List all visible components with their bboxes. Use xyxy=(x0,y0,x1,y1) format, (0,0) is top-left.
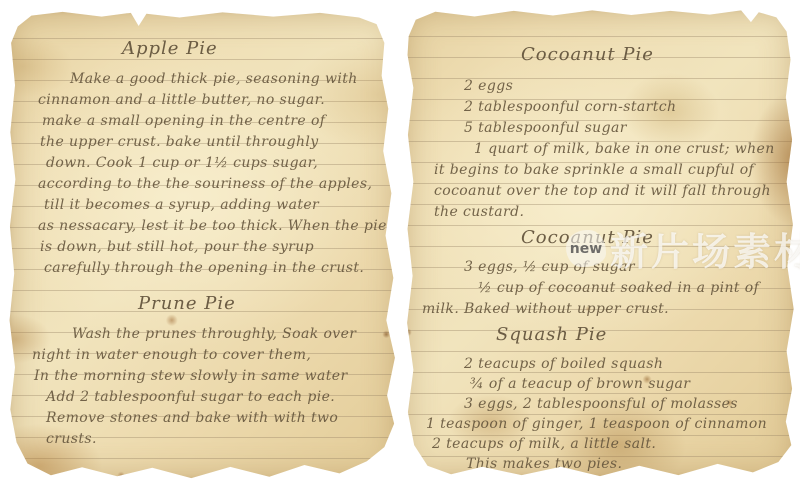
recipe-line: as nessacary, lest it be too thick. When… xyxy=(32,216,382,237)
recipe-line: In the morning stew slowly in same water xyxy=(32,366,382,387)
recipe-title: Cocoanut Pie xyxy=(521,227,782,253)
left-recipe-page: Apple Pie Make a good thick pie, seasoni… xyxy=(8,10,398,480)
recipe-squash-pie: Squash Pie 2 teacups of boiled squash ¾ … xyxy=(422,324,782,474)
recipe-line: Make a good thick pie, seasoning with xyxy=(32,69,382,90)
recipe-line: cinnamon and a little butter, no sugar. xyxy=(32,90,382,111)
recipe-line: 2 tablespoonful corn-startch xyxy=(422,97,782,118)
recipe-title: Prune Pie xyxy=(138,293,382,319)
recipe-cocoanut-pie-2: Cocoanut Pie 3 eggs, ½ cup of sugar ½ cu… xyxy=(422,227,782,320)
recipe-line: Wash the prunes throughly, Soak over xyxy=(32,324,382,345)
recipe-line: the upper crust. bake until throughly xyxy=(32,132,382,153)
recipe-line: 1 teaspoon of ginger, 1 teaspoon of cinn… xyxy=(422,414,782,434)
right-page-content: Cocoanut Pie 2 eggs 2 tablespoonful corn… xyxy=(404,8,796,478)
recipe-title: Apple Pie xyxy=(122,38,382,64)
recipe-line: carefully through the opening in the cru… xyxy=(32,258,382,279)
recipe-line: Add 2 tablespoonful sugar to each pie. xyxy=(32,387,382,408)
recipe-line: crusts. xyxy=(32,429,382,450)
recipe-line: 3 eggs, 2 tablespoonsful of molasses xyxy=(422,394,782,414)
recipe-line: it begins to bake sprinkle a small cupfu… xyxy=(422,160,782,181)
recipe-line: ¾ of a teacup of brown sugar xyxy=(422,374,782,394)
recipe-line: Remove stones and bake with with two xyxy=(32,408,382,429)
recipe-line: 2 eggs xyxy=(422,76,782,97)
recipe-title: Squash Pie xyxy=(496,324,782,350)
recipe-line: 1 quart of milk, bake in one crust; when xyxy=(422,139,782,160)
recipe-line: the custard. xyxy=(422,202,782,223)
recipe-line: cocoanut over the top and it will fall t… xyxy=(422,181,782,202)
right-recipe-page: Cocoanut Pie 2 eggs 2 tablespoonful corn… xyxy=(404,8,796,478)
recipe-line: 5 tablespoonful sugar xyxy=(422,118,782,139)
recipe-title: Cocoanut Pie xyxy=(521,44,782,70)
recipe-line: is down, but still hot, pour the syrup xyxy=(32,237,382,258)
recipe-line: 2 teacups of boiled squash xyxy=(422,354,782,374)
recipe-apple-pie: Apple Pie Make a good thick pie, seasoni… xyxy=(32,38,382,279)
recipe-line: according to the the souriness of the ap… xyxy=(32,174,382,195)
left-page-content: Apple Pie Make a good thick pie, seasoni… xyxy=(8,10,398,480)
recipe-line: 3 eggs, ½ cup of sugar xyxy=(422,257,782,278)
recipe-line: milk. Baked without upper crust. xyxy=(422,299,782,320)
recipe-line: make a small opening in the centre of xyxy=(32,111,382,132)
recipe-line: ½ cup of cocoanut soaked in a pint of xyxy=(422,278,782,299)
recipe-line: night in water enough to cover them, xyxy=(32,345,382,366)
recipe-line: down. Cook 1 cup or 1½ cups sugar, xyxy=(32,153,382,174)
recipe-cocoanut-pie-1: Cocoanut Pie 2 eggs 2 tablespoonful corn… xyxy=(422,44,782,223)
recipe-line: This makes two pies. xyxy=(422,454,782,474)
recipe-prune-pie: Prune Pie Wash the prunes throughly, Soa… xyxy=(32,293,382,450)
recipe-line: 2 teacups of milk, a little salt. xyxy=(422,434,782,454)
recipe-line: till it becomes a syrup, adding water xyxy=(32,195,382,216)
